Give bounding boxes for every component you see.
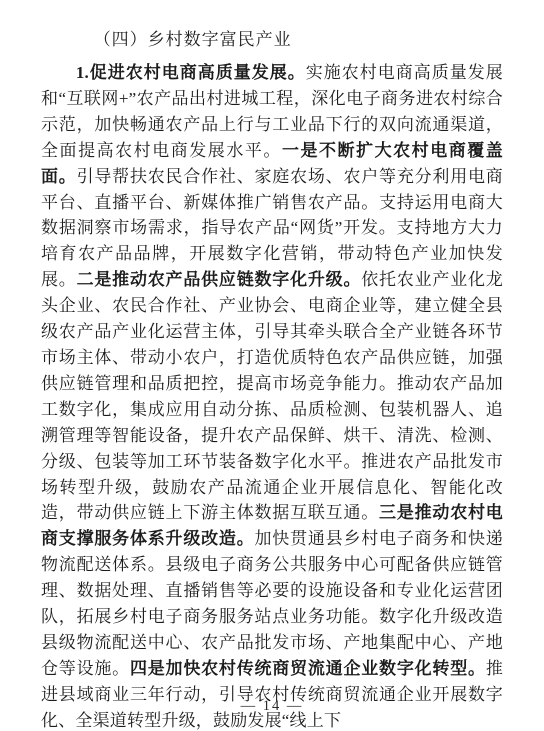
document-page: （四）乡村数字富民产业 1.促进农村电商高质量发展。实施农村电商高质量发展和“互… [0, 0, 544, 731]
section-heading: （四）乡村数字富民产业 [41, 26, 503, 53]
page-number: — 14 — [0, 698, 544, 715]
paragraph-segment: 加快贯通县乡村电子商务和快递物流配送体系。县级电子商务公共服务中心可配备供应链管… [41, 529, 503, 678]
paragraph-segment-bold: 四是加快农村传统商贸流通企业数字化转型。 [130, 659, 486, 678]
paragraph-segment-bold: 二是推动农产品供应链数字化升级。 [77, 270, 362, 289]
body-paragraph: 1.促进农村电商高质量发展。实施农村电商高质量发展和“互联网+”农产品出村进城工… [41, 60, 503, 731]
paragraph-segment-bold: 1.促进农村电商高质量发展。 [76, 63, 306, 82]
paragraph-segment: 依托农业产业化龙头企业、农民合作社、产业协会、电商企业等，建立健全县级农产品产业… [41, 270, 503, 522]
